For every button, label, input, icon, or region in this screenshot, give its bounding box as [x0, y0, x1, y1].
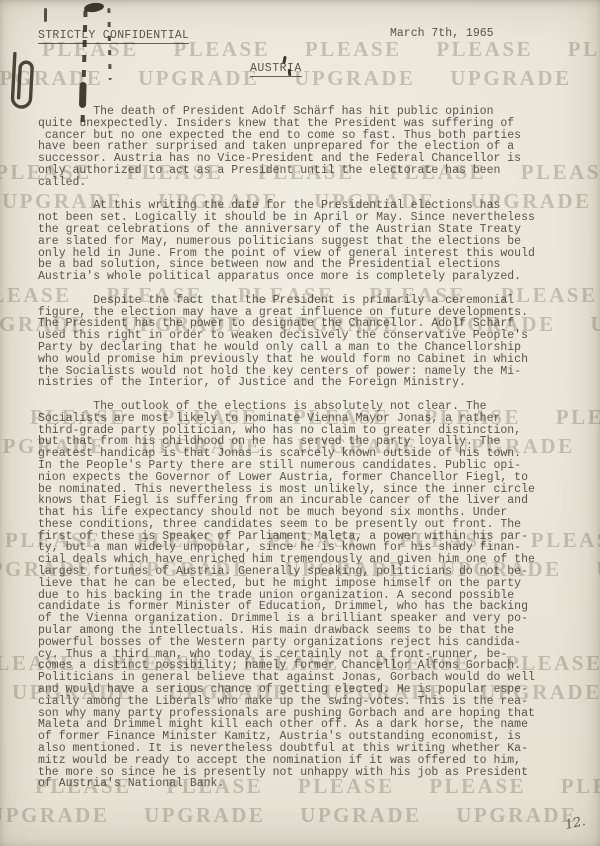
page-number-handwritten: 12.: [564, 814, 587, 833]
ink-smudge-artifact: [83, 2, 104, 14]
paragraph-3: Despite the fact that the President is p…: [38, 295, 535, 389]
classification-stamp: STRICTLY CONFIDENTIAL: [38, 29, 189, 44]
watermark-upgrade-row: UPGRADE UPGRADE UPGRADE UPGRADE UPGRADE: [0, 803, 600, 828]
document-date: March 7th, 1965: [390, 27, 494, 40]
document-page: PLEASE PLEASE PLEASE PLEASE PLEASE UPGRA…: [0, 0, 600, 846]
document-body: The death of President Adolf Schärf has …: [38, 106, 535, 802]
paragraph-2: At this writing the date for the Preside…: [38, 200, 535, 283]
paragraph-4: The outlook of the elections is absolute…: [38, 401, 535, 790]
ink-mark-artifact: [44, 8, 47, 22]
paragraph-1: The death of President Adolf Schärf has …: [38, 106, 535, 189]
document-title: AUSTRIA: [250, 62, 302, 77]
